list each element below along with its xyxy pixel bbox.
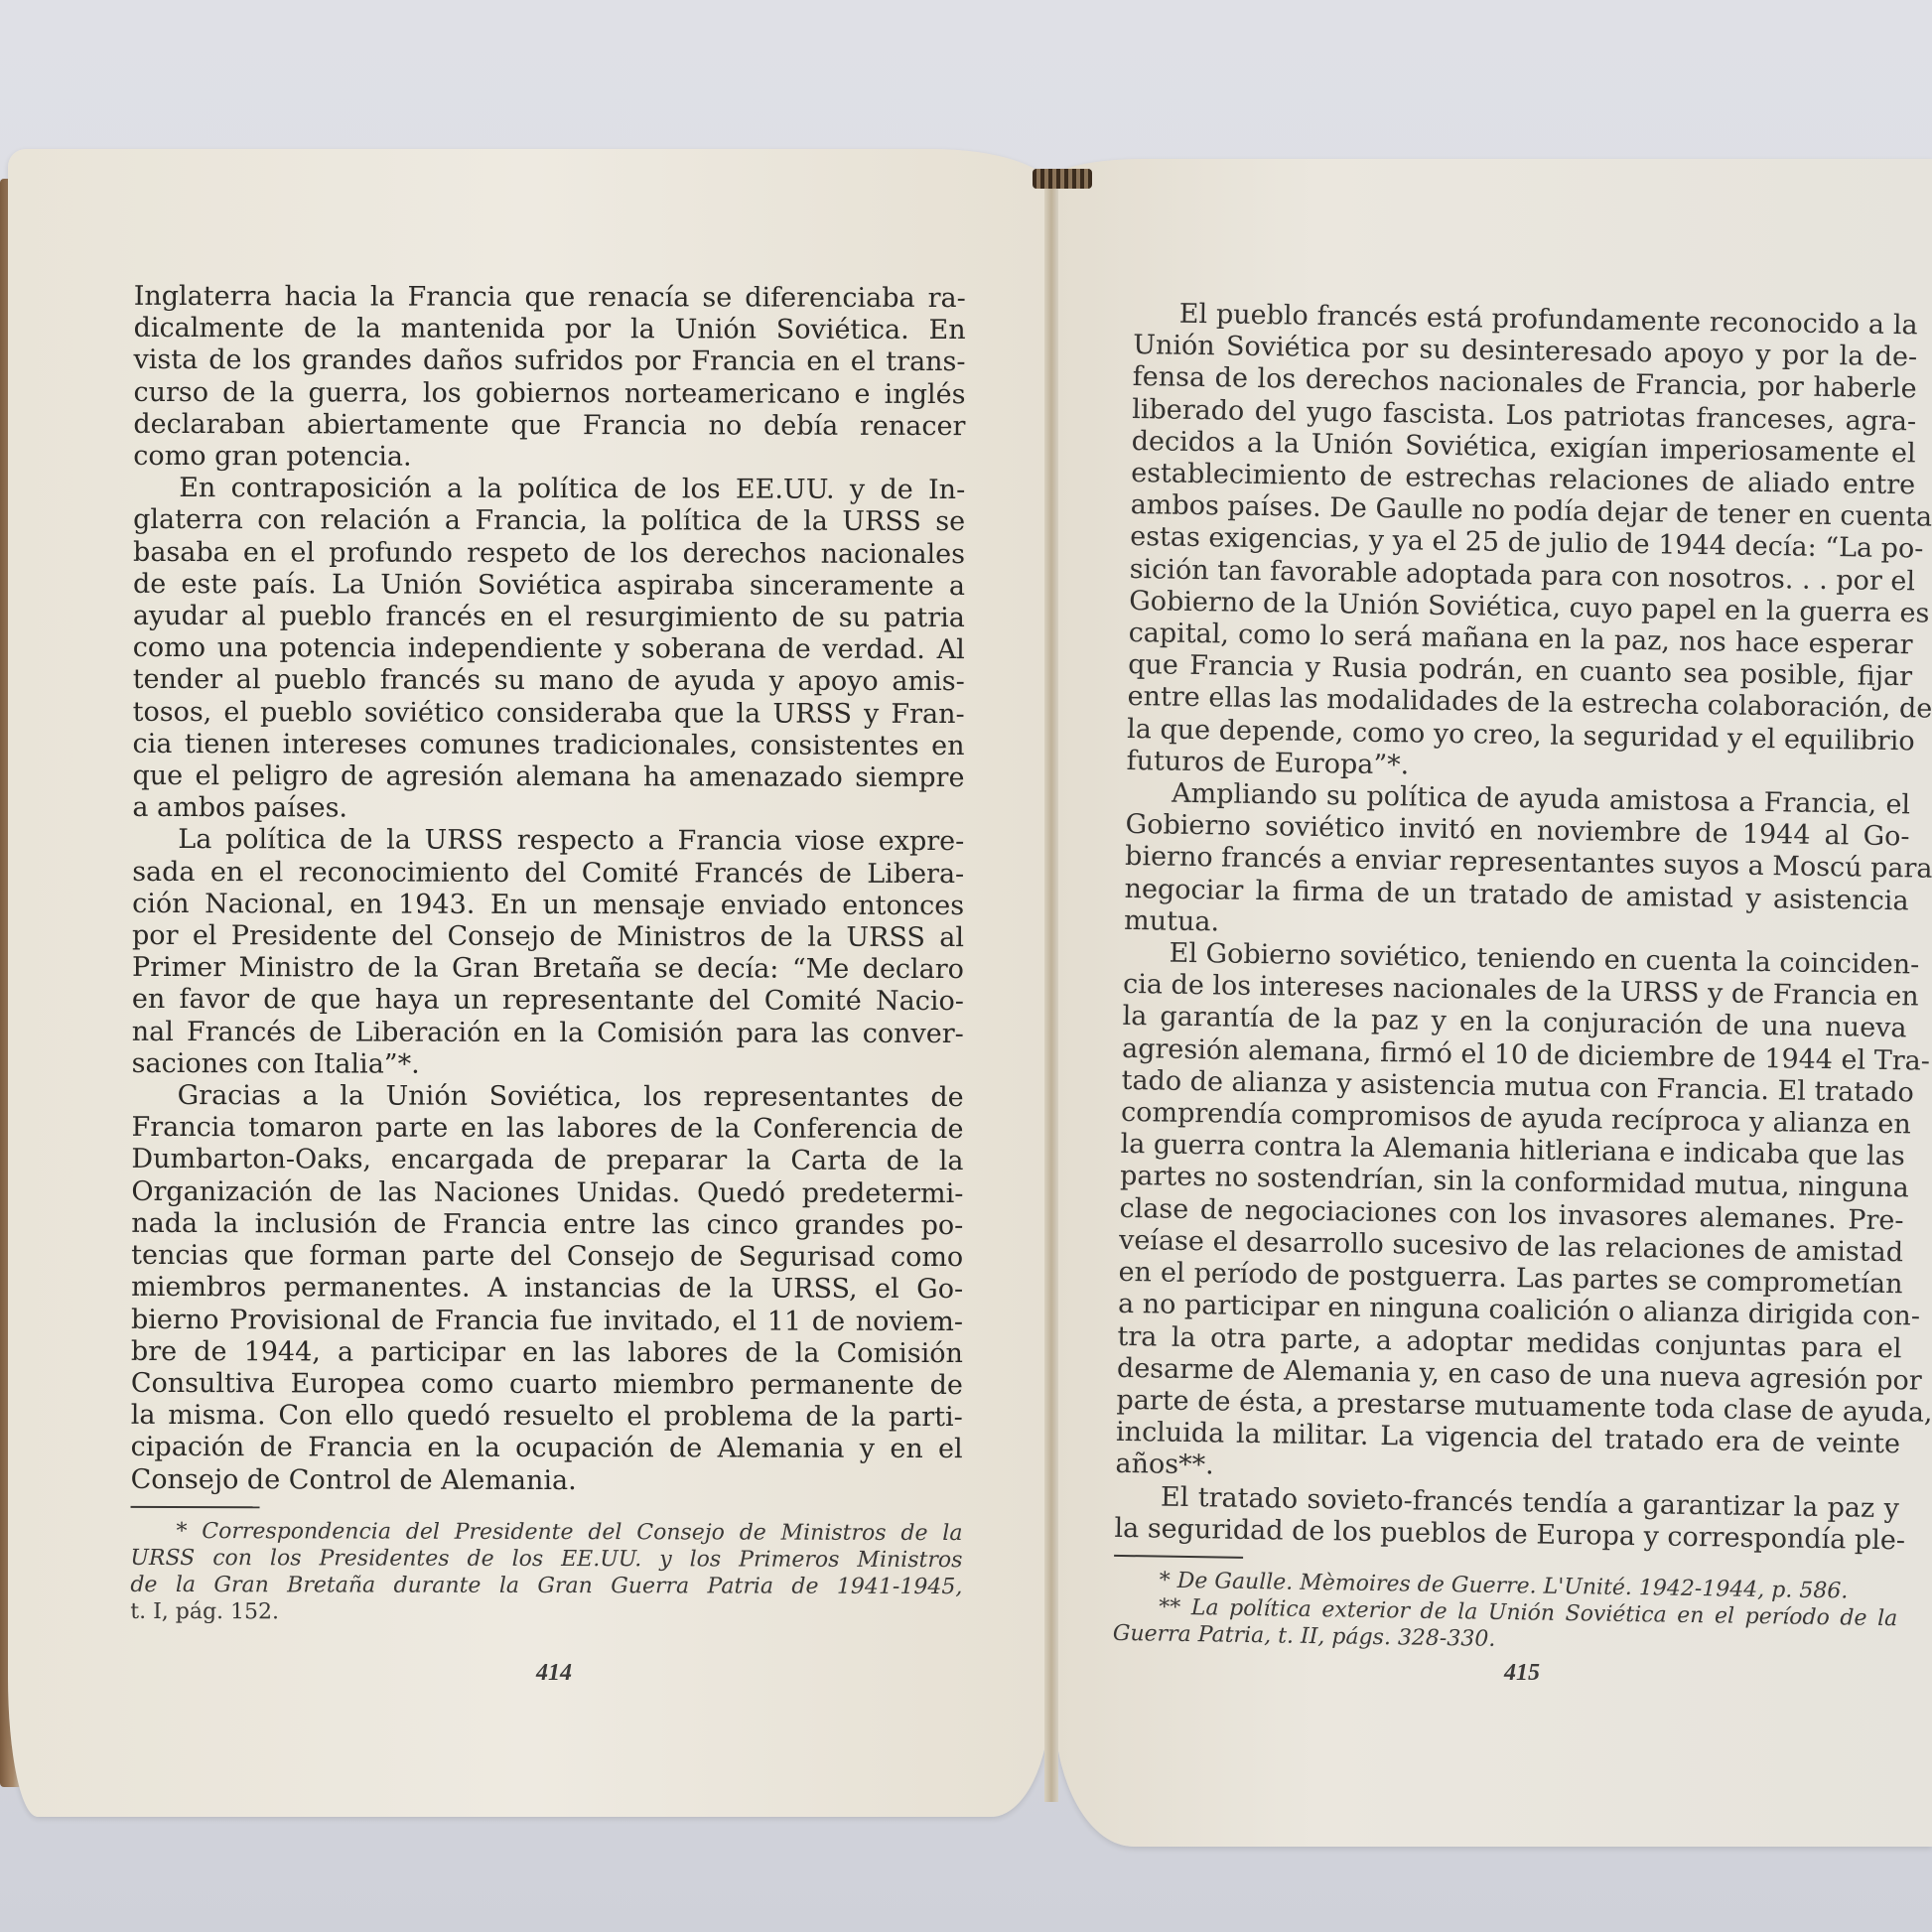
text-line: dicalmente de la mantenida por la Unión …: [134, 313, 966, 346]
footnote-line: t. I, pág. 152.: [130, 1598, 962, 1627]
text-line: como una potencia independiente y sobera…: [133, 632, 965, 666]
text-line: bre de 1944, a participar en las labores…: [131, 1336, 963, 1370]
text-line: bierno Provisional de Francia fue invita…: [131, 1304, 963, 1337]
text-line: como gran potencia.: [133, 441, 965, 475]
text-line: que el peligro de agresión alemana ha am…: [132, 760, 964, 794]
text-line: Primer Ministro de la Gran Bretaña se de…: [132, 952, 964, 986]
text-line: nal Francés de Liberación en la Comisión…: [132, 1017, 964, 1050]
text-line: miembros permanentes. A instancias de la…: [131, 1272, 963, 1306]
paragraph-start-line: La política de la URSS respecto a Franci…: [132, 824, 964, 858]
text-line: Francia tomaron parte en las labores de …: [131, 1112, 963, 1146]
text-line: basaba en el profundo respeto de los der…: [133, 537, 965, 571]
text-line: curso de la guerra, los gobiernos nortea…: [133, 377, 965, 411]
text-line: Consultiva Europea como cuarto miembro p…: [131, 1368, 963, 1402]
footnote-divider: [1114, 1555, 1243, 1559]
page-number-right: 415: [1504, 1660, 1540, 1687]
paragraph-start-line: Gracias a la Unión Soviética, los repres…: [132, 1080, 964, 1114]
text-line: ayudar al pueblo francés en el resurgimi…: [133, 601, 965, 634]
footnote-divider: [131, 1506, 260, 1508]
open-book: Inglaterra hacia la Francia que renacía …: [0, 0, 1932, 1932]
text-line: Dumbarton-Oaks, encargada de preparar la…: [131, 1144, 963, 1177]
text-line: saciones con Italia”*.: [132, 1048, 964, 1082]
text-line: declaraban abiertamente que Francia no d…: [133, 409, 965, 443]
book-gutter: [1044, 174, 1058, 1802]
text-line: nada la inclusión de Francia entre las c…: [131, 1208, 963, 1242]
text-line: tender al pueblo francés su mano de ayud…: [133, 664, 965, 698]
text-line: Inglaterra hacia la Francia que renacía …: [134, 281, 966, 315]
text-line: ción Nacional, en 1943. En un mensaje en…: [132, 889, 964, 922]
text-line: sada en el reconocimiento del Comité Fra…: [132, 857, 964, 891]
text-line: vista de los grandes daños sufridos por …: [134, 345, 966, 378]
text-line: Organización de las Naciones Unidas. Que…: [131, 1176, 963, 1210]
book-headband: [1033, 169, 1092, 189]
text-line: cia tienen intereses comunes tradicional…: [133, 729, 965, 762]
text-line: la misma. Con ello quedó resuelto el pro…: [131, 1400, 963, 1434]
text-line: en favor de que haya un representante de…: [132, 984, 964, 1018]
paragraph-start-line: En contraposición a la política de los E…: [133, 473, 965, 506]
left-page-body: Inglaterra hacia la Francia que renacía …: [130, 281, 966, 1627]
text-line: por el Presidente del Consejo de Ministr…: [132, 920, 964, 954]
right-page-body: El pueblo francés está profundamente rec…: [1113, 298, 1918, 1659]
page-number-left: 414: [536, 1660, 572, 1687]
footnote-line: URSS con los Presidentes de los EE.UU. y…: [130, 1545, 962, 1574]
left-footnotes: * Correspondencia del Presidente del Con…: [130, 1518, 962, 1627]
text-line: tencias que forman parte del Consejo de …: [131, 1240, 963, 1274]
text-line: glaterra con relación a Francia, la polí…: [133, 504, 965, 538]
text-line: de este país. La Unión Soviética aspirab…: [133, 569, 965, 603]
text-line: tosos, el pueblo soviético consideraba q…: [133, 697, 965, 731]
text-line: a ambos países.: [132, 792, 964, 826]
footnote-line: * Correspondencia del Presidente del Con…: [130, 1518, 962, 1547]
footnote-line: de la Gran Bretaña durante la Gran Guerr…: [130, 1572, 962, 1600]
right-footnotes: * De Gaulle. Mèmoires de Guerre. L'Unité…: [1113, 1567, 1898, 1659]
text-line: Consejo de Control de Alemania.: [131, 1463, 963, 1497]
text-line: cipación de Francia en la ocupación de A…: [131, 1432, 963, 1465]
